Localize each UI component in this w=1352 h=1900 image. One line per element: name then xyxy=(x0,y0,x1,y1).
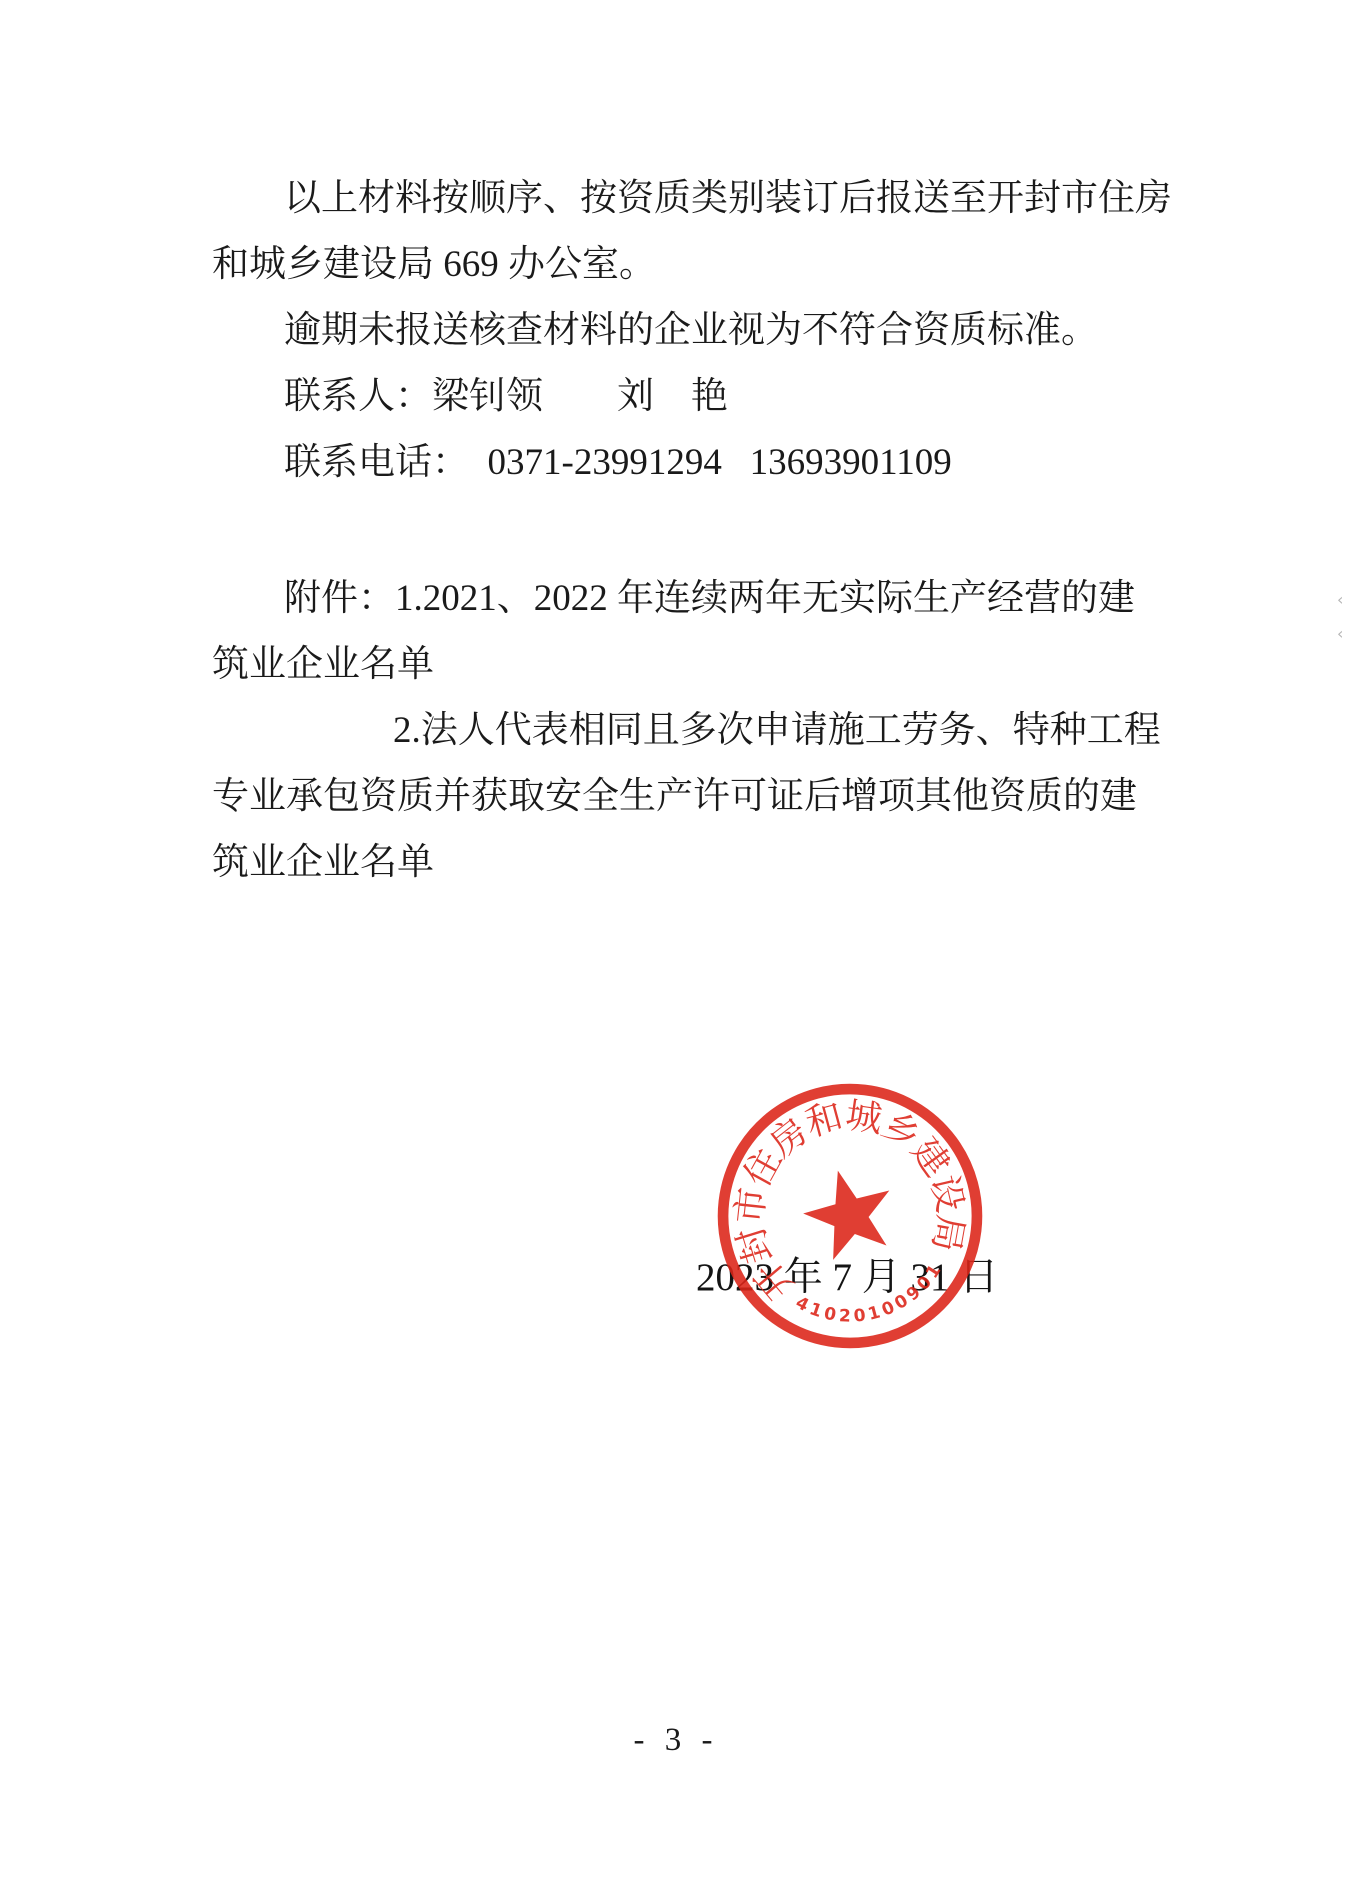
scan-artifact: ‹ xyxy=(1337,592,1343,608)
seal-char: 局 xyxy=(924,1212,973,1255)
attachment-line-1-cont: 筑业企业名单 xyxy=(212,632,1192,698)
issue-date: 2023 年 7 月 31 日 xyxy=(696,1256,998,1300)
seal-char: 建 xyxy=(903,1130,959,1185)
contact-person-line: 联系人：梁钊领 刘 艳 xyxy=(212,364,1192,430)
text-line: 逾期未报送核查材料的企业视为不符合资质标准。 xyxy=(212,298,1192,364)
blank-line xyxy=(212,496,1192,566)
official-seal: 开 封 市 住 房 和 城 乡 建 设 局 41020100901 xyxy=(690,1056,1010,1376)
page-number: - 3 - xyxy=(0,1722,1352,1759)
contact-phone-line: 联系电话： 0371-23991294 13693901109 xyxy=(212,430,1192,496)
text-line: 以上材料按顺序、按资质类别装订后报送至开封市住房 xyxy=(212,166,1192,232)
attachment-line-1: 附件：1.2021、2022 年连续两年无实际生产经营的建 xyxy=(212,566,1192,632)
seal-char: 乡 xyxy=(875,1103,928,1159)
attachment-line-2-cont2: 筑业企业名单 xyxy=(212,830,1192,896)
seal-char: 市 xyxy=(727,1185,774,1226)
attachment-line-2: 2.法人代表相同且多次申请施工劳务、特种工程 xyxy=(212,698,1192,764)
seal-char: 房 xyxy=(761,1109,816,1165)
text-line: 和城乡建设局 669 办公室。 xyxy=(212,232,1192,298)
seal-ring xyxy=(695,1061,1006,1372)
attachment-line-2-cont: 专业承包资质并获取安全生产许可证后增项其他资质的建 xyxy=(212,764,1192,830)
document-page: 以上材料按顺序、按资质类别装订后报送至开封市住房 和城乡建设局 669 办公室。… xyxy=(0,0,1352,1900)
seal-char: 住 xyxy=(735,1141,790,1194)
seal-star-icon xyxy=(795,1159,903,1264)
seal-char: 设 xyxy=(922,1171,972,1216)
seal-char: 城 xyxy=(843,1093,885,1141)
seal-char: 和 xyxy=(801,1094,847,1145)
document-body: 以上材料按顺序、按资质类别装订后报送至开封市住房 和城乡建设局 669 办公室。… xyxy=(212,166,1192,896)
scan-artifact: ‹ xyxy=(1337,626,1343,642)
